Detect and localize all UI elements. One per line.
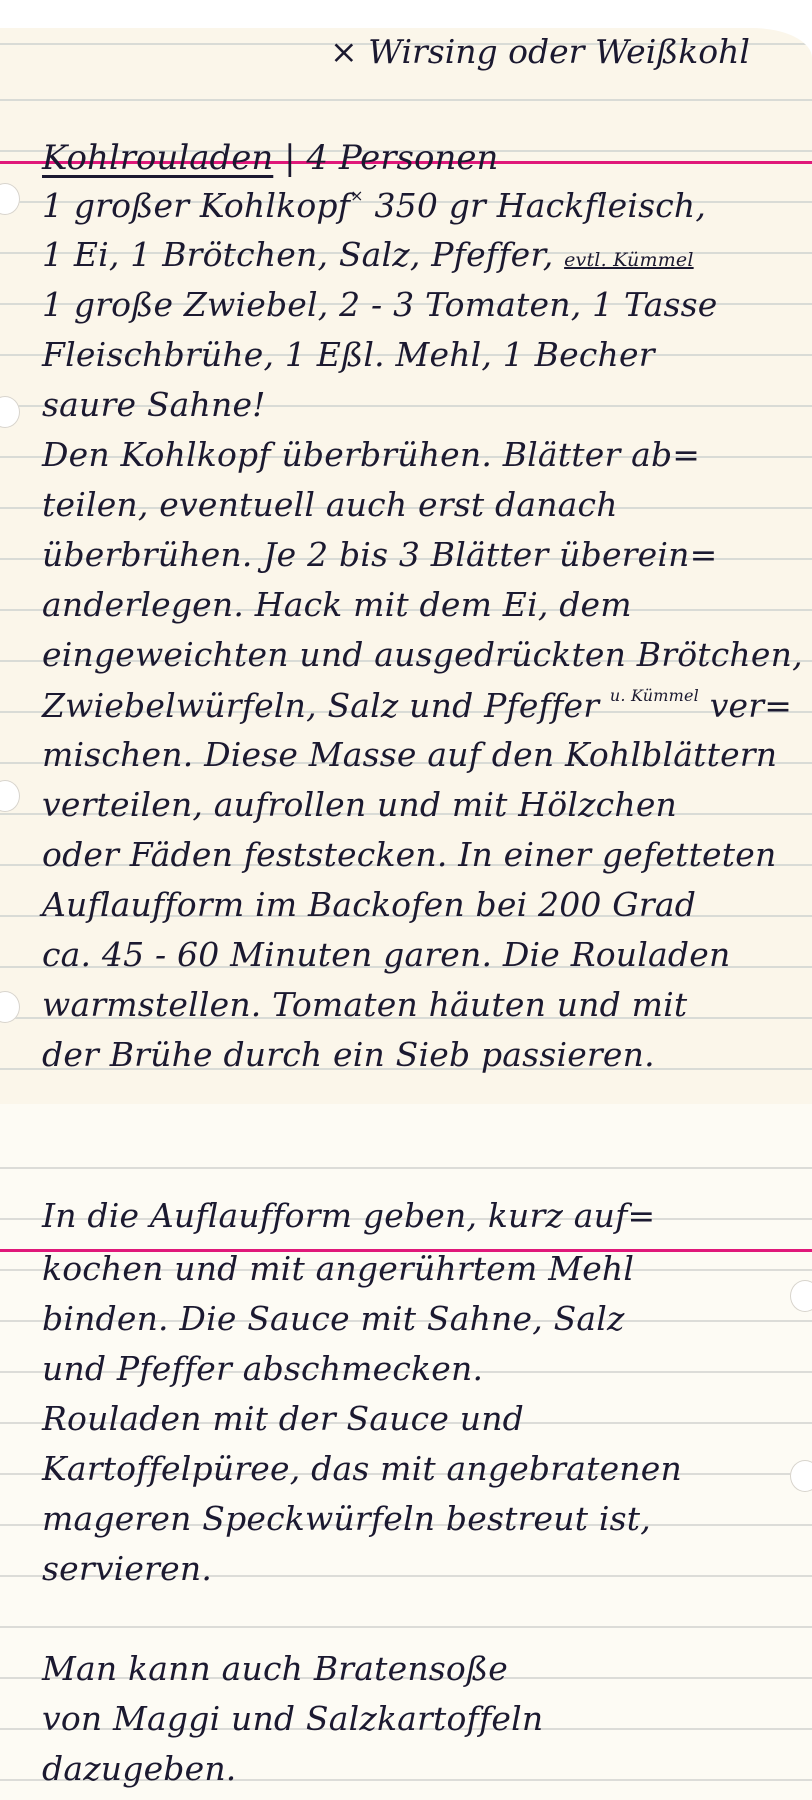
instruction-line: In die Auflaufform geben, kurz auf= bbox=[42, 1199, 792, 1232]
top-note: × Wirsing oder Weißkohl bbox=[330, 32, 750, 71]
instruction-line: Auflaufform im Backofen bei 200 Grad bbox=[42, 888, 792, 921]
ingredient-line: 1 Ei, 1 Brötchen, Salz, Pfeffer, evtl. K… bbox=[42, 238, 792, 271]
instruction-line: anderlegen. Hack mit dem Ei, dem bbox=[42, 588, 792, 621]
ingredient-marker: × bbox=[350, 186, 364, 205]
instruction-line: binden. Die Sauce mit Sahne, Salz bbox=[42, 1302, 792, 1335]
instruction-line: Kartoffelpüree, das mit angebratenen bbox=[42, 1452, 792, 1485]
instruction-line: warmstellen. Tomaten häuten und mit bbox=[42, 988, 792, 1021]
punch-hole bbox=[790, 1280, 812, 1312]
ingredient-line: 1 große Zwiebel, 2 - 3 Tomaten, 1 Tasse bbox=[42, 288, 792, 321]
ingredient-line: Fleischbrühe, 1 Eßl. Mehl, 1 Becher bbox=[42, 338, 792, 371]
instruction-line: teilen, eventuell auch erst danach bbox=[42, 488, 792, 521]
instruction-line: mischen. Diese Masse auf den Kohlblätter… bbox=[42, 738, 792, 771]
recipe-title-row: Kohlrouladen | 4 Personen bbox=[42, 138, 498, 178]
instruction-line: Den Kohlkopf überbrühen. Blätter ab= bbox=[42, 438, 792, 471]
instruction-line: mageren Speckwürfeln bestreut ist, bbox=[42, 1502, 792, 1535]
instruction-line: kochen und mit angerührtem Mehl bbox=[42, 1252, 792, 1285]
margin-note-kuemmel: evtl. Kümmel bbox=[564, 249, 694, 271]
note-line: von Maggi und Salzkartoffeln bbox=[42, 1702, 792, 1735]
instruction-line: überbrühen. Je 2 bis 3 Blätter überein= bbox=[42, 538, 792, 571]
instruction-line: eingeweichten und ausgedrückten Brötchen… bbox=[42, 638, 792, 671]
note-line: Man kann auch Bratensoße bbox=[42, 1652, 792, 1685]
instruction-line: und Pfeffer abschmecken. bbox=[42, 1352, 792, 1385]
recipe-card-front: × Wirsing oder Weißkohl Kohlrouladen | 4… bbox=[0, 28, 812, 1104]
punch-hole bbox=[0, 991, 20, 1023]
punch-hole bbox=[0, 183, 20, 215]
ingredient-line: 1 großer Kohlkopf× 350 gr Hackfleisch, bbox=[42, 188, 792, 222]
recipe-card-back: In die Auflaufform geben, kurz auf= koch… bbox=[0, 1104, 812, 1800]
instruction-line: Zwiebelwürfeln, Salz und Pfeffer u. Kümm… bbox=[42, 688, 792, 722]
servings: 4 Personen bbox=[306, 138, 498, 178]
instruction-line: oder Fäden feststecken. In einer gefette… bbox=[42, 838, 792, 871]
instruction-line: Rouladen mit der Sauce und bbox=[42, 1402, 792, 1435]
punch-hole bbox=[0, 780, 20, 812]
punch-hole bbox=[790, 1460, 812, 1492]
ingredient-line: saure Sahne! bbox=[42, 388, 792, 421]
instruction-line: servieren. bbox=[42, 1552, 792, 1585]
recipe-title: Kohlrouladen bbox=[42, 138, 273, 178]
punch-hole bbox=[0, 396, 20, 428]
instruction-line: ca. 45 - 60 Minuten garen. Die Rouladen bbox=[42, 938, 792, 971]
instruction-line: verteilen, aufrollen und mit Hölzchen bbox=[42, 788, 792, 821]
note-line: dazugeben. bbox=[42, 1752, 792, 1785]
title-separator: | bbox=[284, 138, 295, 178]
instruction-line: der Brühe durch ein Sieb passieren. bbox=[42, 1038, 792, 1071]
inserted-note-kuemmel: u. Kümmel bbox=[610, 686, 699, 705]
